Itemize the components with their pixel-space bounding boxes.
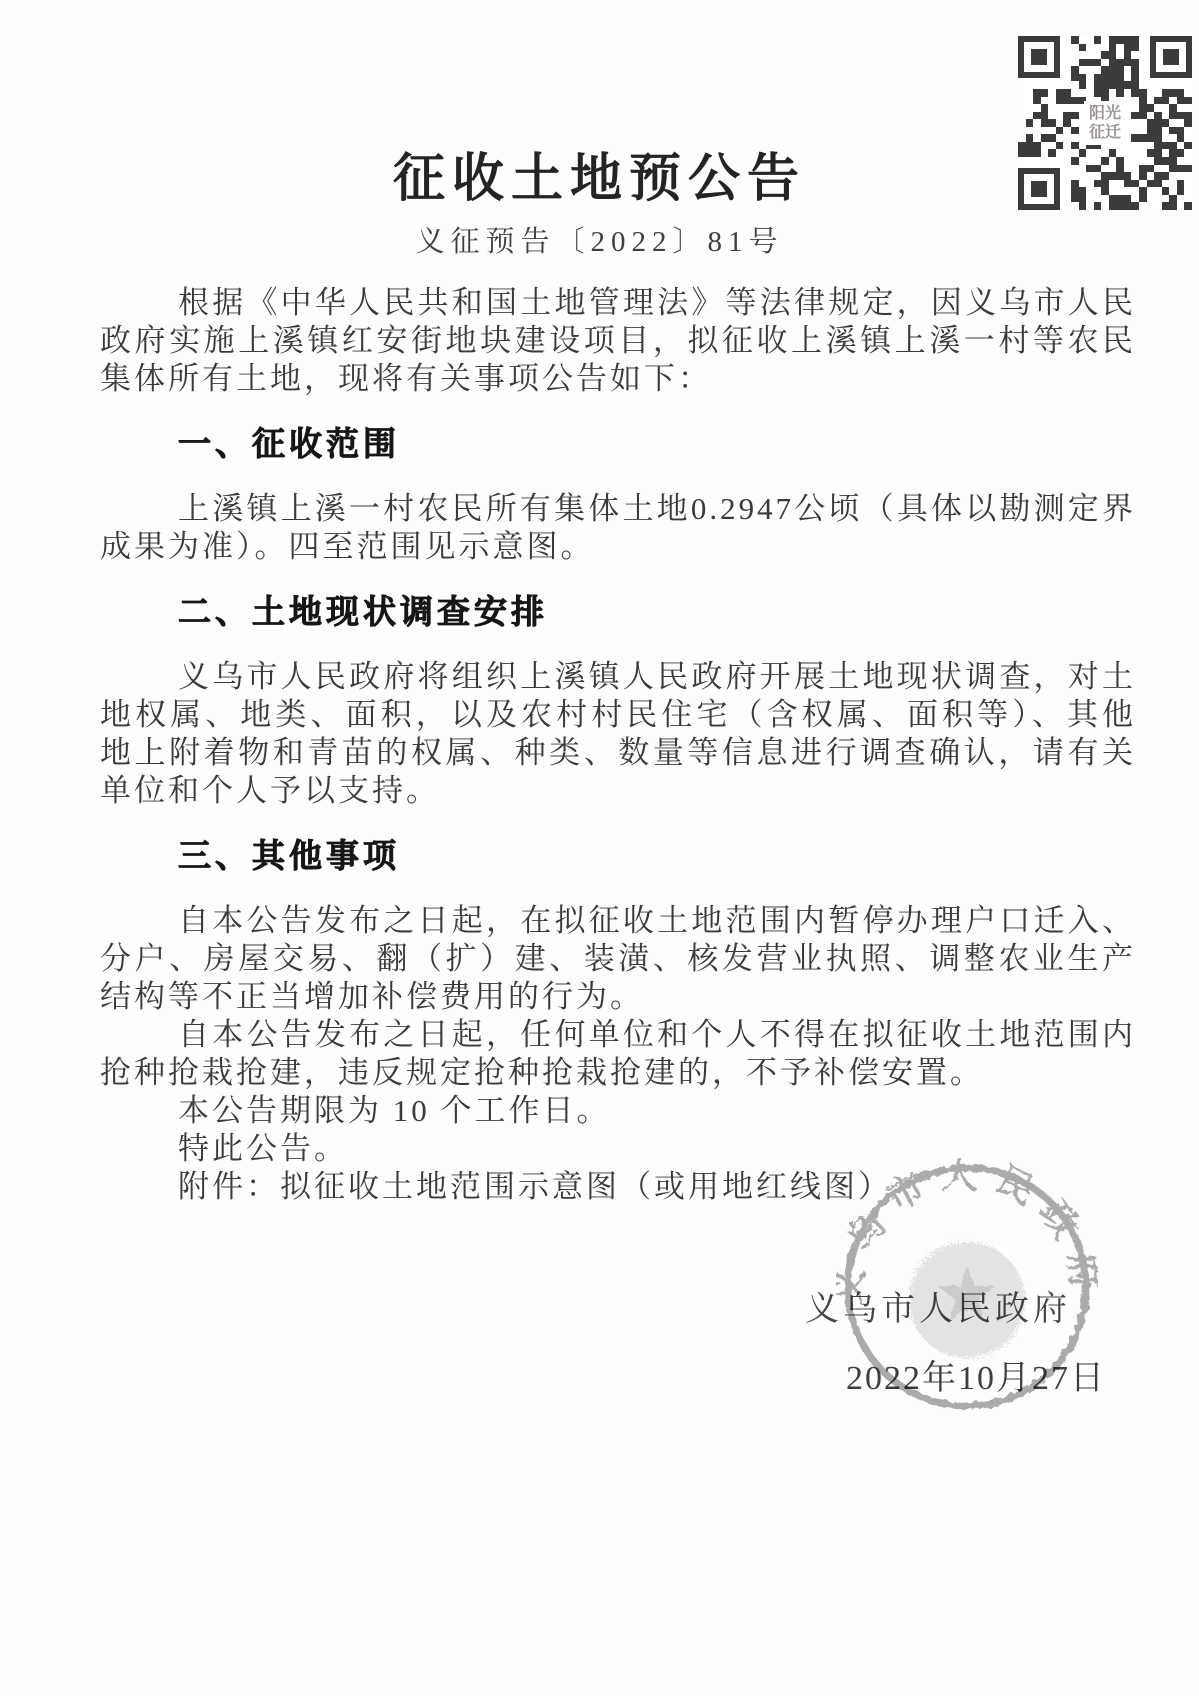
issuer-signature: 义乌市人民政府 <box>805 1281 1071 1330</box>
attachment-line: 附件：拟征收土地范围示意图（或用地红线图） <box>100 1168 1136 1206</box>
document-body: 根据《中华人民共和国土地管理法》等法律规定，因义乌市人民政府实施上溪镇红安街地块… <box>100 284 1136 1206</box>
intro-paragraph: 根据《中华人民共和国土地管理法》等法律规定，因义乌市人民政府实施上溪镇红安街地块… <box>100 284 1136 398</box>
notice-period-line: 本公告期限为 10 个工作日。 <box>100 1092 1136 1130</box>
qr-finder-icon <box>1018 36 1060 78</box>
section-3-heading: 三、其他事项 <box>100 837 1136 875</box>
section-1-heading: 一、征收范围 <box>100 425 1136 463</box>
page-title: 征收土地预公告 <box>0 136 1199 211</box>
doc-number: 义征预告〔2022〕81号 <box>0 219 1199 260</box>
announcement-page: 阳光 征迁 征收土地预公告 义征预告〔2022〕81号 根据《中华人民共和国土地… <box>0 0 1199 1696</box>
section-2-heading: 二、土地现状调查安排 <box>100 593 1136 631</box>
section-3-body: 自本公告发布之日起，在拟征收土地范围内暂停办理户口迁入、分户、房屋交易、翻（扩）… <box>100 902 1136 1206</box>
qr-label-line1: 阳光 <box>1089 105 1121 122</box>
qr-finder-icon <box>1150 36 1192 78</box>
section-3-paragraph: 自本公告发布之日起，任何单位和个人不得在拟征收土地范围内抢种抢栽抢建，违反规定抢… <box>100 1016 1136 1092</box>
section-1-paragraph: 上溪镇上溪一村农民所有集体土地0.2947公顷（具体以勘测定界成果为准）。四至范… <box>100 490 1136 566</box>
issue-date: 2022年10月27日 <box>846 1350 1106 1399</box>
closing-line: 特此公告。 <box>100 1130 1136 1168</box>
section-2-paragraph: 义乌市人民政府将组织上溪镇人民政府开展土地现状调查，对土地权属、地类、面积，以及… <box>100 658 1136 810</box>
section-3-paragraph: 自本公告发布之日起，在拟征收土地范围内暂停办理户口迁入、分户、房屋交易、翻（扩）… <box>100 902 1136 1016</box>
